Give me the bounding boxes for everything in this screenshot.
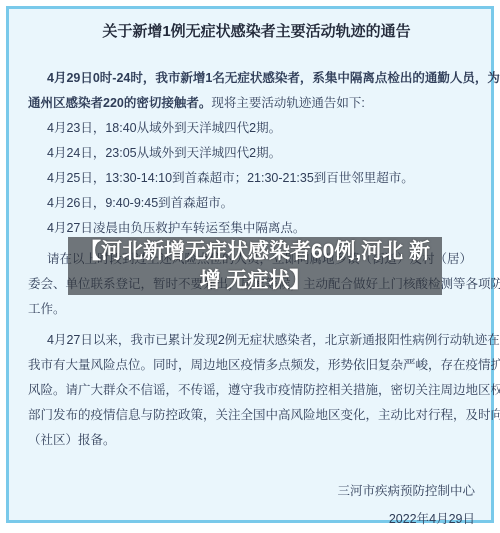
intro-line-2-bold: 通州区感染者220的密切接触者。: [28, 96, 211, 110]
track-line: 4月24日，23:05从域外到天洋城四代2期。: [28, 141, 485, 166]
caption-overlay: 【河北新增无症状感染者60例,河北 新 增 无症状】: [68, 237, 442, 295]
intro-line-2-regular: 现将主要活动轨迹通告如下:: [211, 96, 364, 110]
notice-title: 关于新增1例无症状感染者主要活动轨迹的通告: [28, 19, 485, 44]
track-line: 4月23日，18:40从域外到天洋城四代2期。: [28, 116, 485, 141]
intro-line-1-text: 4月29日0时-24时，我市新增1名无症状感染者，系集中隔离点检出的通勤人员，为: [47, 71, 500, 85]
warning-line: 4月27日以来，我市已累计发现2例无症状感染者，北京新通报阳性病例行动轨迹在: [28, 328, 485, 353]
intro-line-1: 4月29日0时-24时，我市新增1名无症状感染者，系集中隔离点检出的通勤人员，为: [28, 66, 485, 91]
caption-overlay-line-2: 增 无症状】: [68, 266, 442, 295]
track-line: 4月26日，9:40-9:45到首森超市。: [28, 191, 485, 216]
caption-overlay-line-1: 【河北新增无症状感染者60例,河北 新: [68, 237, 442, 266]
warning-line: 我市有大量风险点位。同时，周边地区疫情多点频发，形势依旧复杂严峻，存在疫情扩散: [28, 353, 485, 378]
signature-org: 三河市疾病预防控制中心: [28, 479, 485, 504]
warning-line: 部门发布的疫情信息与防控政策，关注全国中高风险地区变化，主动比对行程，及时向村: [28, 403, 485, 428]
register-line: 工作。: [28, 297, 485, 322]
track-line: 4月25日，13:30-14:10到首森超市；21:30-21:35到百世邻里超…: [28, 166, 485, 191]
signature-date: 2022年4月29日: [28, 507, 485, 532]
intro-line-2: 通州区感染者220的密切接触者。现将主要活动轨迹通告如下:: [28, 91, 485, 116]
warning-line: 风险。请广大群众不信谣，不传谣，遵守我市疫情防控相关措施，密切关注周边地区权威: [28, 378, 485, 403]
warning-line: （社区）报备。: [28, 428, 485, 453]
